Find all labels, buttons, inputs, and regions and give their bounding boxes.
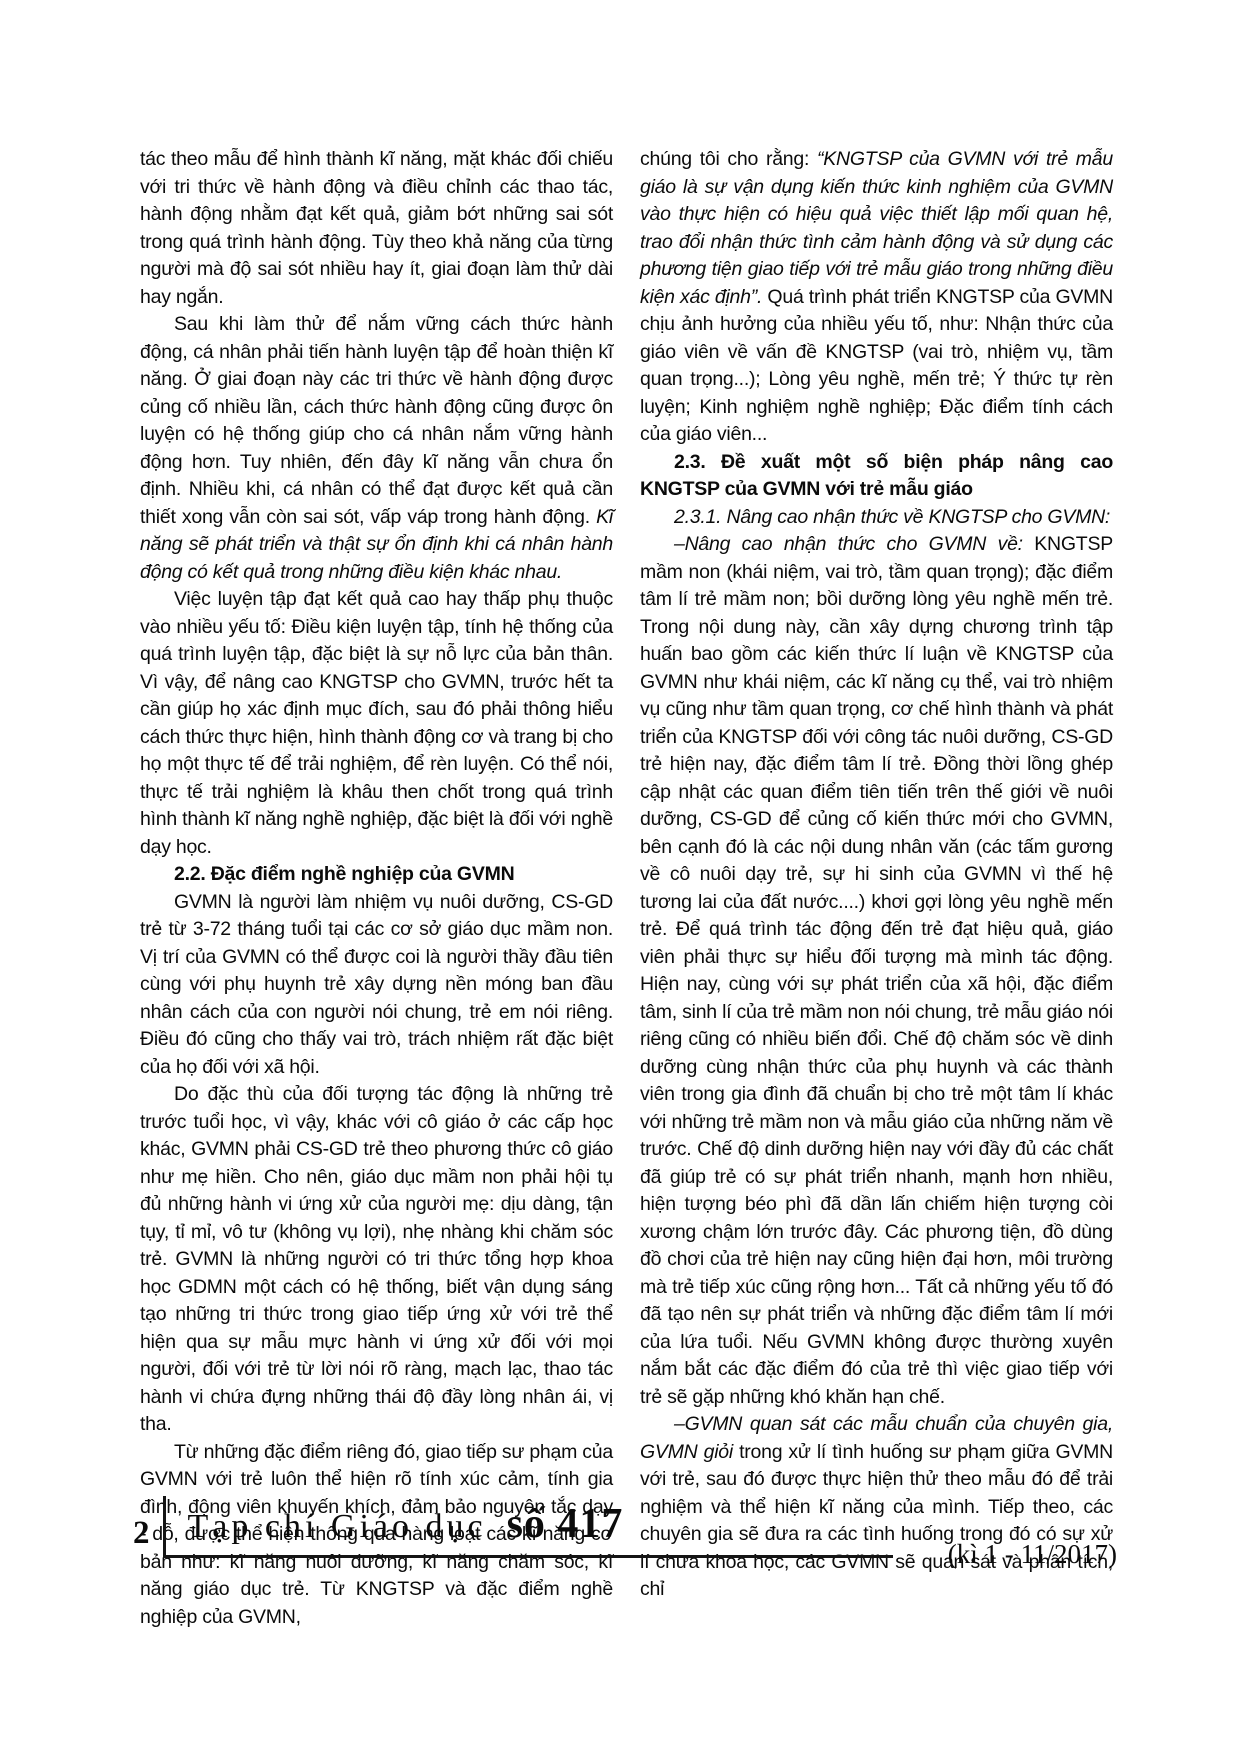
- text-run: 2.2. Đặc điểm nghề nghiệp của GVMN: [174, 863, 514, 885]
- text-run: GVMN là người làm nhiệm vụ nuôi dưỡng, C…: [140, 891, 613, 1078]
- text-run: chúng tôi cho rằng:: [640, 148, 817, 170]
- right-column: chúng tôi cho rằng: “KNGTSP của GVMN với…: [640, 146, 1113, 1631]
- journal-banner: Tạp chí Giáo dục số 417: [163, 1496, 893, 1558]
- paragraph: Sau khi làm thử để nắm vững cách thức hà…: [140, 311, 613, 586]
- journal-page: tác theo mẫu để hình thành kĩ năng, mặt …: [0, 0, 1240, 1753]
- text-run: KNGTSP mầm non (khái niệm, vai trò, tầm …: [640, 533, 1113, 1408]
- paragraph: Việc luyện tập đạt kết quả cao hay thấp …: [140, 586, 613, 861]
- text-run: 2.3. Đề xuất một số biện pháp nâng cao K…: [640, 451, 1113, 501]
- text-run: –Nâng cao nhận thức cho GVMN về:: [674, 533, 1023, 555]
- paragraph: GVMN là người làm nhiệm vụ nuôi dưỡng, C…: [140, 889, 613, 1082]
- paragraph: Do đặc thù của đối tượng tác động là nhữ…: [140, 1081, 613, 1439]
- article-body: tác theo mẫu để hình thành kĩ năng, mặt …: [140, 146, 1113, 1631]
- paragraph: –Nâng cao nhận thức cho GVMN về: KNGTSP …: [640, 531, 1113, 1411]
- journal-title: Tạp chí Giáo dục: [188, 1508, 487, 1545]
- section-heading-2-3: 2.3. Đề xuất một số biện pháp nâng cao K…: [640, 449, 1113, 504]
- page-footer: 2 Tạp chí Giáo dục số 417 (kì 1 - 11/201…: [133, 1496, 1117, 1558]
- text-run: Do đặc thù của đối tượng tác động là nhữ…: [140, 1083, 613, 1435]
- left-column: tác theo mẫu để hình thành kĩ năng, mặt …: [140, 146, 613, 1631]
- journal-issue-number: số 417: [507, 1501, 624, 1547]
- section-heading-2-2: 2.2. Đặc điểm nghề nghiệp của GVMN: [140, 861, 613, 889]
- text-run: “KNGTSP của GVMN với trẻ mẫu giáo là sự …: [640, 148, 1113, 308]
- text-run: Việc luyện tập đạt kết quả cao hay thấp …: [140, 588, 613, 858]
- text-run: 2.3.1. Nâng cao nhận thức về KNGTSP cho …: [674, 506, 1110, 528]
- paragraph-continuation: tác theo mẫu để hình thành kĩ năng, mặt …: [140, 146, 613, 311]
- issue-date: (kì 1 - 11/2017): [948, 1539, 1117, 1570]
- text-run: tác theo mẫu để hình thành kĩ năng, mặt …: [140, 148, 613, 308]
- subsection-heading-2-3-1: 2.3.1. Nâng cao nhận thức về KNGTSP cho …: [640, 504, 1113, 532]
- text-run: Quá trình phát triển KNGTSP của GVMN chị…: [640, 286, 1113, 446]
- paragraph-continuation: chúng tôi cho rằng: “KNGTSP của GVMN với…: [640, 146, 1113, 449]
- text-run: Sau khi làm thử để nắm vững cách thức hà…: [140, 313, 613, 528]
- page-number: 2: [133, 1517, 163, 1558]
